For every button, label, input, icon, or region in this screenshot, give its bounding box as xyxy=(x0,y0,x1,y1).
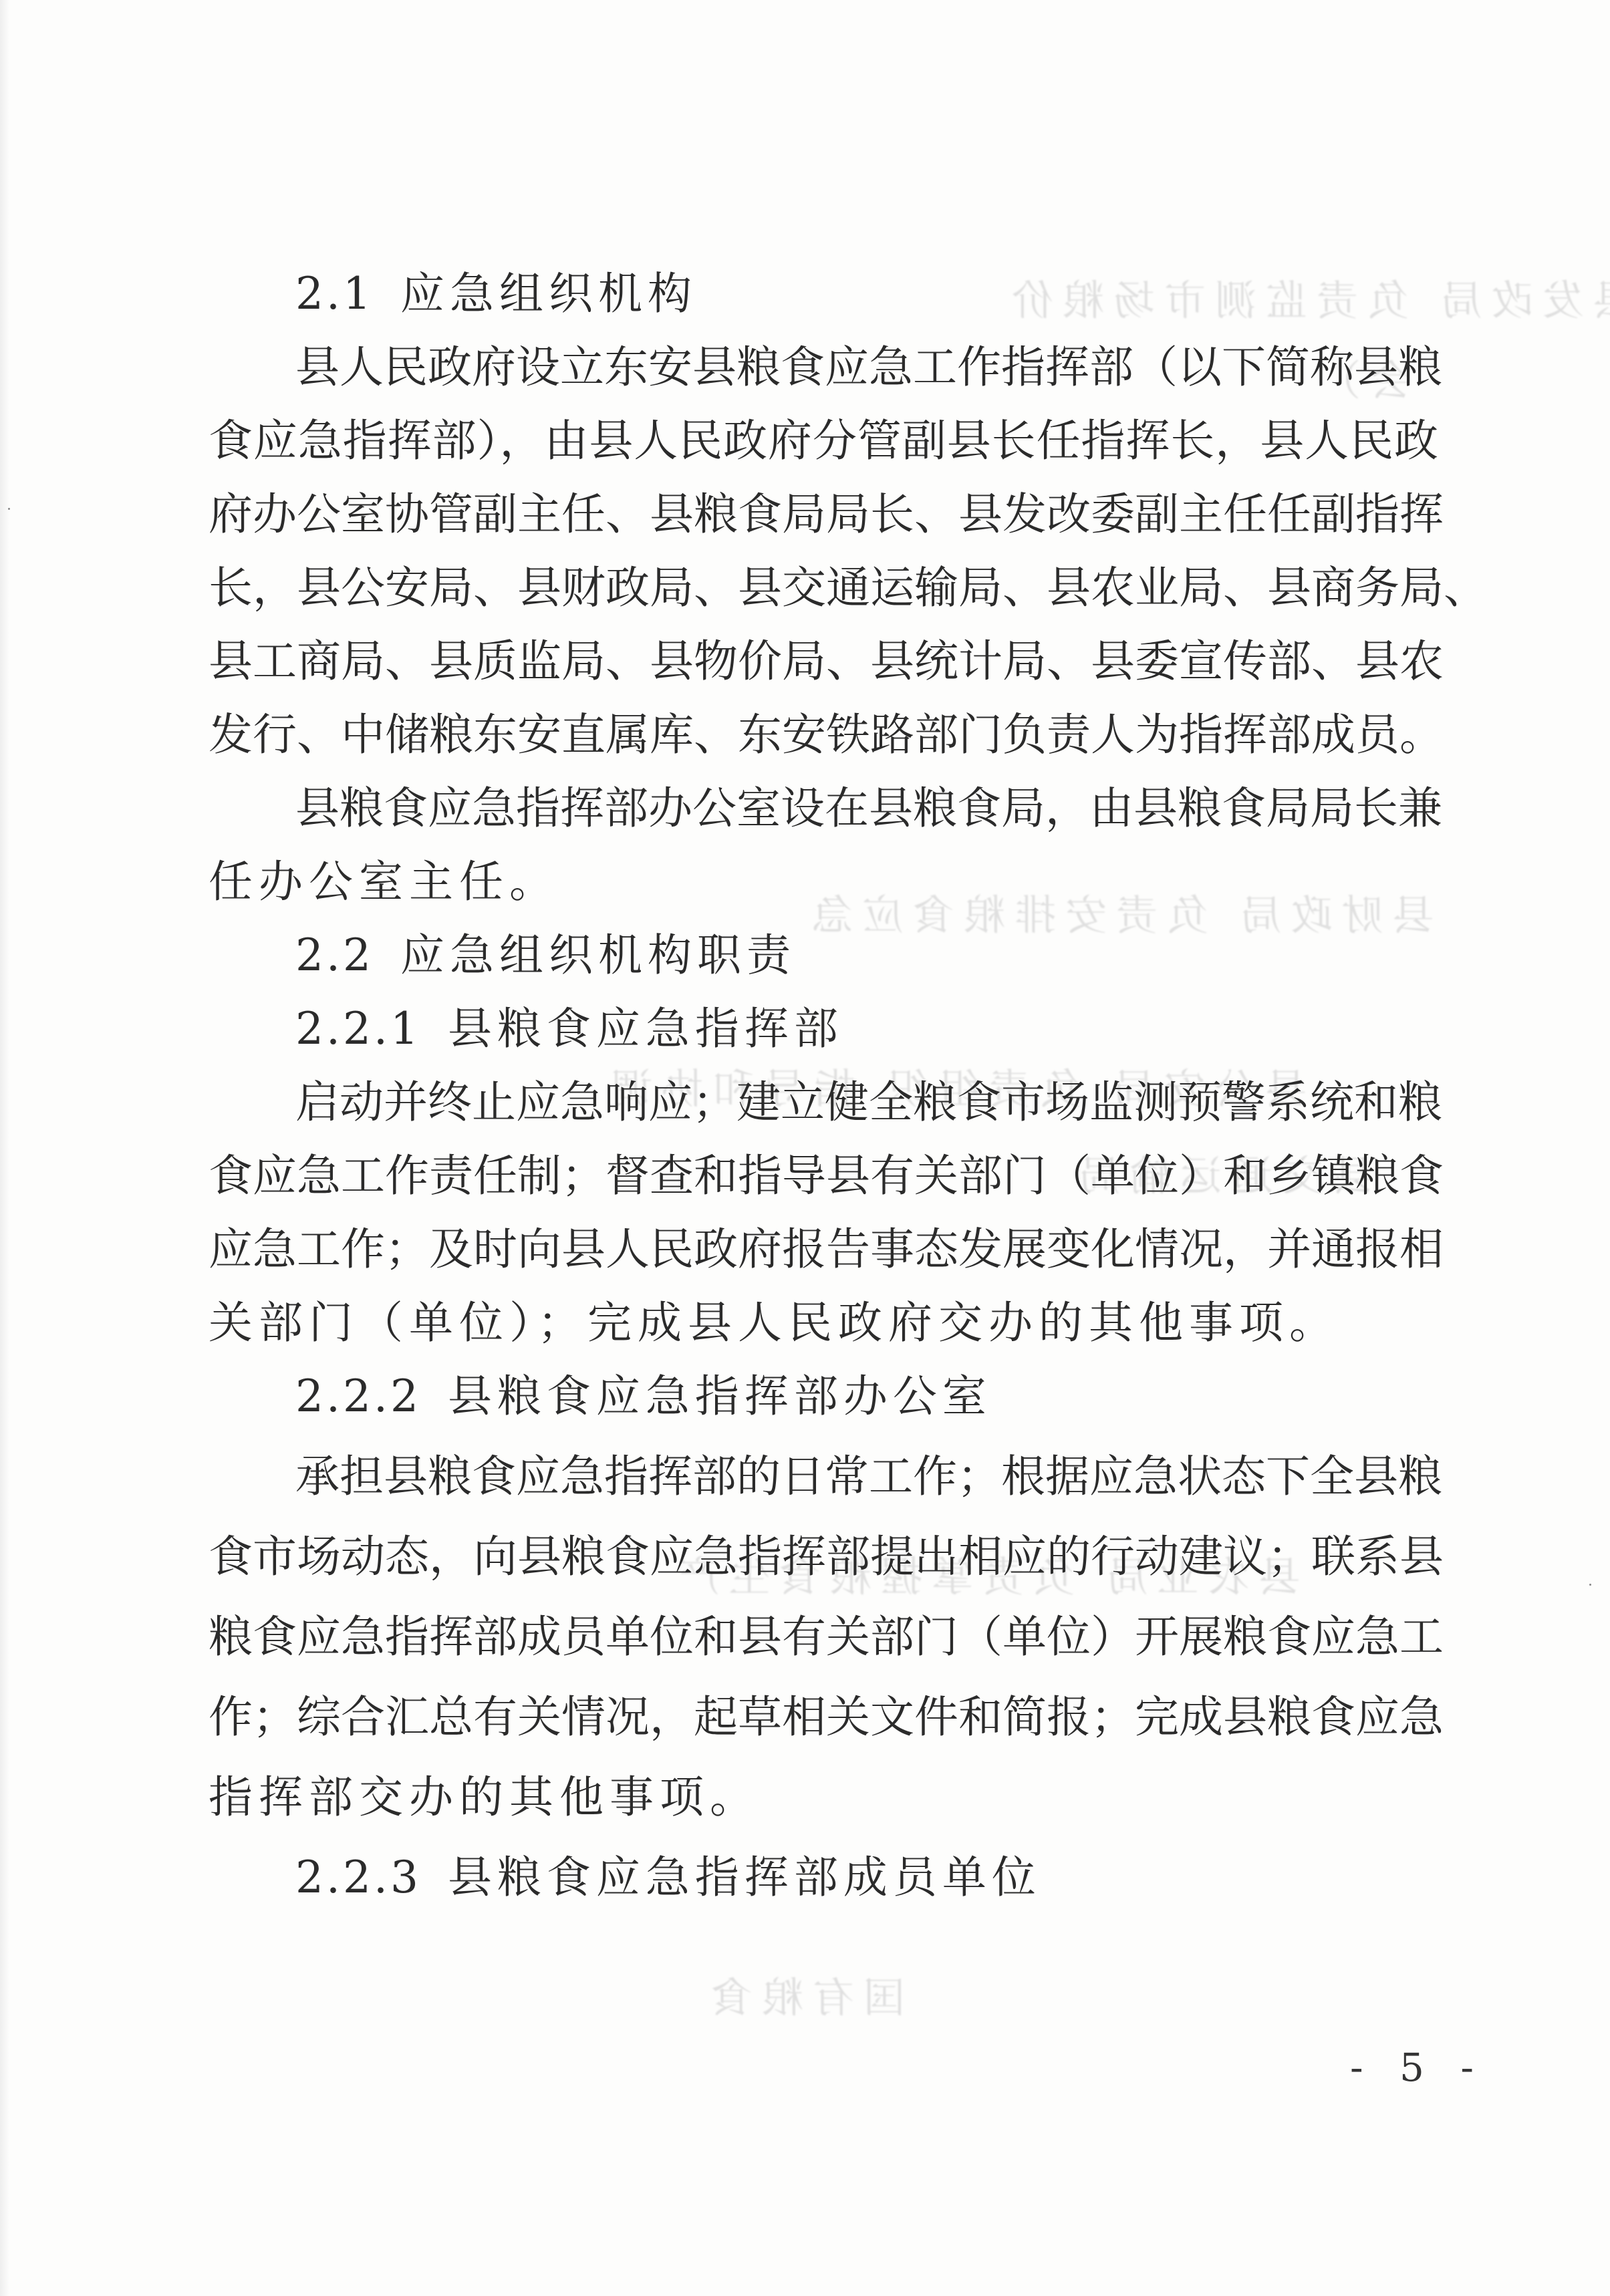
section-heading-2-2-1: 2.2.1县粮食应急指挥部 xyxy=(295,1002,843,1056)
paragraph-line: 粮食应急指挥部成员单位和县有关部门（单位）开展粮食应急工 xyxy=(209,1610,1438,1664)
paragraph-line: 县粮食应急指挥部办公室设在县粮食局，由县粮食局局长兼 xyxy=(295,782,1438,835)
paragraph-line: 应急工作；及时向县人民政府报告事态发展变化情况，并通报相 xyxy=(209,1223,1438,1276)
page-number: - 5 - xyxy=(1350,2045,1486,2090)
section-number: 2.2.1 xyxy=(295,1003,421,1054)
section-title: 应急组织机构 xyxy=(400,268,697,319)
section-number: 2.1 xyxy=(295,268,374,319)
paragraph-line: 承担县粮食应急指挥部的日常工作；根据应急状态下全县粮 xyxy=(295,1450,1438,1503)
paragraph-line: 指挥部交办的其他事项。 xyxy=(209,1771,760,1824)
paragraph-line: 县工商局、县质监局、县物价局、县统计局、县委宣传部、县农 xyxy=(209,635,1438,688)
paragraph-line: 任办公室主任。 xyxy=(209,855,559,909)
paragraph-line: 关部门（单位）；完成县人民政府交办的其他事项。 xyxy=(209,1296,1339,1350)
section-heading-2-1: 2.1应急组织机构 xyxy=(295,267,697,321)
page-edge-shadow xyxy=(0,0,9,2296)
section-title: 应急组织机构职责 xyxy=(400,929,796,981)
section-number: 2.2 xyxy=(295,929,374,981)
scanned-page: 县发改局 负责监测市场粮价 会） 县财政局 负责安排粮食应急 县公安局 负责组织… xyxy=(0,0,1610,2296)
paragraph-line: 县人民政府设立东安县粮食应急工作指挥部（以下简称县粮 xyxy=(295,341,1438,394)
paragraph-line: 长，县公安局、县财政局、县交通运输局、县农业局、县商务局、 xyxy=(209,561,1438,615)
section-title: 县粮食应急指挥部办公室 xyxy=(448,1371,992,1422)
section-heading-2-2: 2.2应急组织机构职责 xyxy=(295,929,796,982)
paragraph-line: 食应急指挥部），由县人民政府分管副县长任指挥长，县人民政 xyxy=(209,414,1438,468)
scan-speck xyxy=(8,508,10,510)
bleed-through-text: 县财政局 负责安排粮食应急 xyxy=(802,882,1434,942)
paragraph-line: 食市场动态，向县粮食应急指挥部提出相应的行动建议；联系县 xyxy=(209,1530,1438,1584)
bleed-through-text: 县发改局 负责监测市场粮价 xyxy=(1002,267,1610,327)
paragraph-line: 作；综合汇总有关情况，起草相关文件和简报；完成县粮食应急 xyxy=(209,1691,1438,1744)
section-title: 县粮食应急指挥部 xyxy=(448,1003,843,1054)
section-number: 2.2.3 xyxy=(295,1852,421,1903)
section-heading-2-2-3: 2.2.3县粮食应急指挥部成员单位 xyxy=(295,1851,1041,1904)
paragraph-line: 府办公室协管副主任、县粮食局局长、县发改委副主任任副指挥 xyxy=(209,488,1438,541)
section-number: 2.2.2 xyxy=(295,1371,421,1422)
bleed-through-text: 国有粮食 xyxy=(702,1965,905,2024)
section-heading-2-2-2: 2.2.2县粮食应急指挥部办公室 xyxy=(295,1370,992,1423)
section-title: 县粮食应急指挥部成员单位 xyxy=(448,1852,1041,1903)
scan-speck xyxy=(1589,1584,1591,1586)
paragraph-line: 食应急工作责任制；督查和指导县有关部门（单位）和乡镇粮食 xyxy=(209,1149,1438,1203)
paragraph-line: 发行、中储粮东安直属库、东安铁路部门负责人为指挥部成员。 xyxy=(209,708,1438,762)
paragraph-line: 启动并终止应急响应；建立健全粮食市场监测预警系统和粮 xyxy=(295,1076,1438,1129)
